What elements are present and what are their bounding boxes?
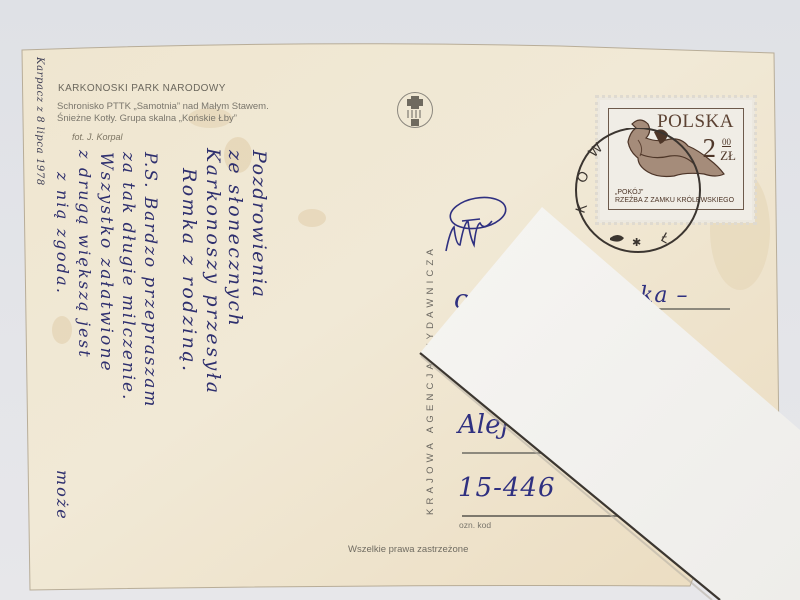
ps-line-1: P.S. Bardzo przepraszam bbox=[140, 152, 160, 408]
photo-caption-line-2: Śnieżne Kotły. Grupa skalna „Końskie Łby… bbox=[57, 113, 237, 124]
address-line-street bbox=[462, 452, 622, 454]
postage-stamp: POLSKA 2 00 ZŁ „POKÓJ” RZEŹBA Z ZAMKU KR… bbox=[600, 100, 752, 220]
ps-line-5: z nią zgoda. bbox=[53, 172, 72, 295]
publisher-name: KRAJOWA AGENCJA WYDAWNICZA bbox=[425, 245, 436, 515]
stamp-value-cents: 00 bbox=[722, 137, 731, 147]
address-line-postcode bbox=[462, 515, 622, 517]
signature-monogram-icon bbox=[440, 195, 520, 265]
street-visible: Alej bbox=[458, 410, 509, 440]
stamp-country: POLSKA bbox=[657, 111, 734, 133]
photo-scene: KARKONOSKI PARK NARODOWY Schronisko PTTK… bbox=[0, 0, 800, 600]
message-line-1: Pozdrowienia bbox=[248, 150, 270, 299]
ps-line-6: może bbox=[53, 470, 72, 521]
postal-code: 15-446 bbox=[458, 473, 556, 503]
postal-code-label: ozn. kod bbox=[459, 520, 491, 530]
recipient-name-visible-end: ka – bbox=[640, 283, 688, 308]
stamp-value: 2 bbox=[703, 133, 717, 164]
stamp-caption-title: „POKÓJ” bbox=[615, 189, 734, 197]
message-line-2: ze słonecznych bbox=[224, 150, 246, 328]
stamp-caption: „POKÓJ” RZEŹBA Z ZAMKU KRÓLEWSKIEGO bbox=[615, 189, 734, 205]
stamp-currency: ZŁ bbox=[720, 148, 736, 164]
address-line-1 bbox=[462, 308, 730, 310]
ps-line-2: za tak długie milczenie. bbox=[118, 152, 138, 401]
ps-line-3: Wszystko załatwione bbox=[96, 152, 116, 373]
park-title: KARKONOSKI PARK NARODOWY bbox=[58, 83, 226, 94]
message-line-3: Karkonoszy przesyła bbox=[202, 148, 224, 396]
sender-margin-note: Karpacz z 8 lipca 1978 bbox=[34, 57, 45, 186]
stamp-caption-subtitle: RZEŹBA Z ZAMKU KRÓLEWSKIEGO bbox=[615, 197, 734, 205]
photo-caption-line-1: Schronisko PTTK „Samotnia” nad Małym Sta… bbox=[57, 101, 269, 112]
recipient-name-partial-start: c bbox=[454, 285, 469, 315]
photo-credit: fot. J. Korpal bbox=[72, 132, 123, 142]
rights-notice: Wszelkie prawa zastrzeżone bbox=[348, 544, 468, 555]
message-line-4: Romka z rodziną. bbox=[178, 168, 200, 373]
postcard: KARKONOSKI PARK NARODOWY Schronisko PTTK… bbox=[0, 0, 800, 600]
ps-line-4: z drugą większą jest bbox=[75, 150, 94, 359]
kaw-logo-icon bbox=[397, 92, 433, 128]
